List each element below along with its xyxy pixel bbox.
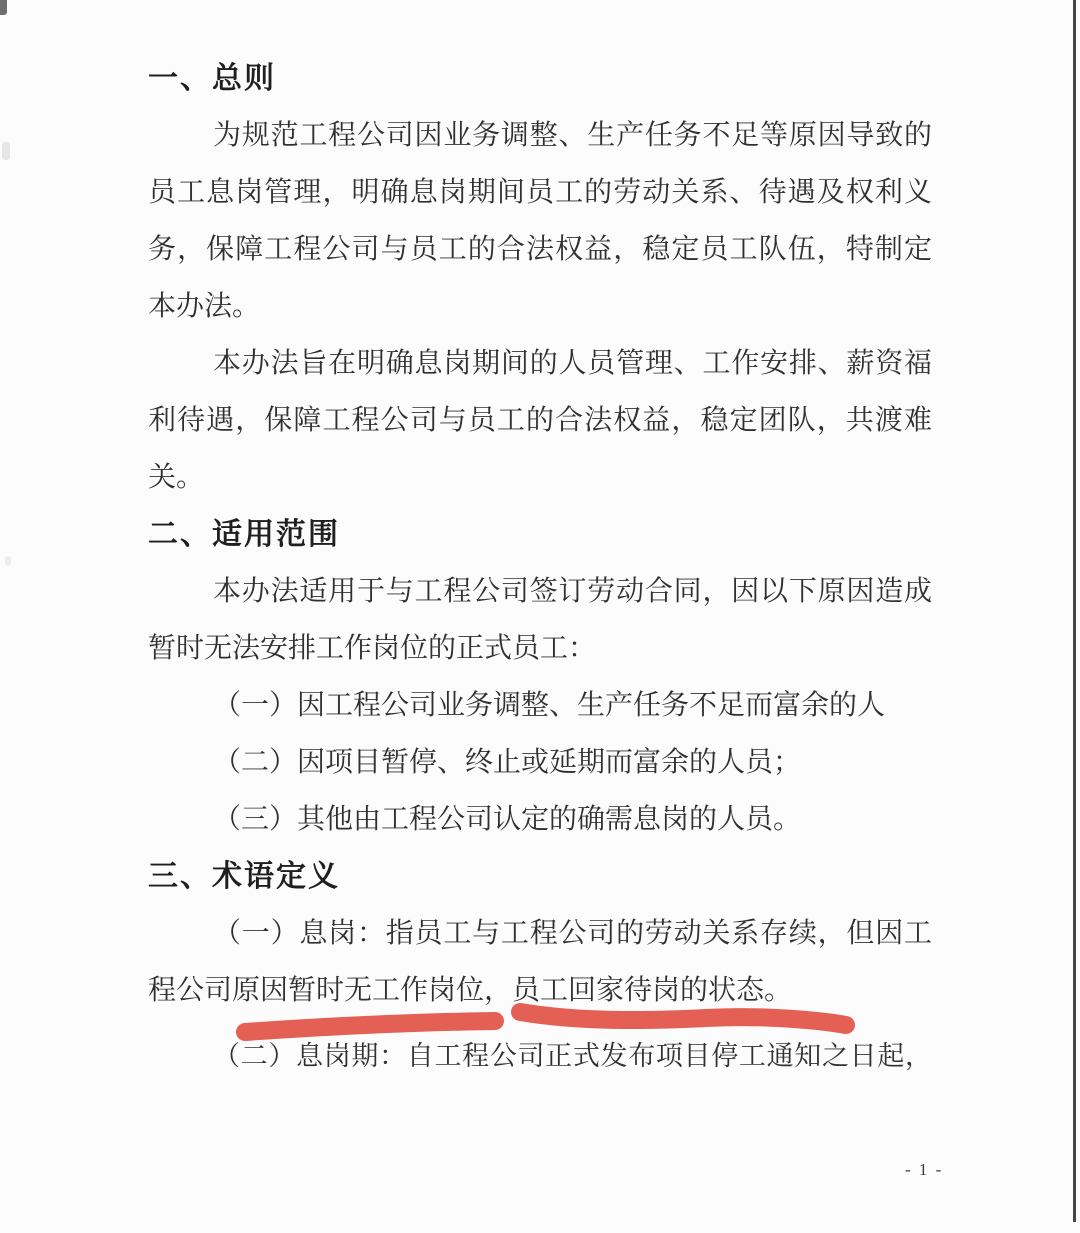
- text-line: 务，保障工程公司与员工的合法权益，稳定员工队伍，特制定: [148, 221, 932, 278]
- section-2-heading: 二、适用范围: [148, 506, 932, 563]
- text-line: 本办法。: [148, 278, 932, 335]
- list-item: （三）其他由工程公司认定的确需息岗的人员。: [148, 791, 932, 848]
- text-line: 本办法旨在明确息岗期间的人员管理、工作安排、薪资福: [148, 335, 932, 392]
- text-line: 暂时无法安排工作岗位的正式员工：: [148, 620, 932, 677]
- scan-artifact-right-edge-icon: [1073, 0, 1076, 1222]
- text-line-underlined: 程公司原因暂时无工作岗位，员工回家待岗的状态。: [148, 962, 932, 1019]
- list-item: （一）因工程公司业务调整、生产任务不足而富余的人员；: [148, 677, 932, 734]
- scanned-document-page: 一、总则 为规范工程公司因业务调整、生产任务不足等原因导致的 员工息岗管理，明确…: [0, 0, 1080, 1233]
- section-1-heading: 一、总则: [148, 50, 932, 107]
- text-line: （二）息岗期：自工程公司正式发布项目停工通知之日起，: [148, 1028, 932, 1085]
- scan-artifact-speck-icon: [2, 142, 10, 160]
- text-line: （一）息岗：指员工与工程公司的劳动关系存续，但因工: [148, 905, 932, 962]
- text-line: 员工息岗管理，明确息岗期间员工的劳动关系、待遇及权利义: [148, 164, 932, 221]
- text-line: 关。: [148, 449, 932, 506]
- scan-artifact-corner-icon: [0, 0, 7, 15]
- section-3-heading: 三、术语定义: [148, 848, 932, 905]
- list-item: （二）因项目暂停、终止或延期而富余的人员；: [148, 734, 932, 791]
- page-number: - 1 -: [905, 1160, 943, 1180]
- text-line: 本办法适用于与工程公司签订劳动合同，因以下原因造成: [148, 563, 932, 620]
- text-line: 为规范工程公司因业务调整、生产任务不足等原因导致的: [148, 107, 932, 164]
- scan-artifact-speck-icon: [5, 556, 11, 566]
- text-line: 利待遇，保障工程公司与员工的合法权益，稳定团队，共渡难: [148, 392, 932, 449]
